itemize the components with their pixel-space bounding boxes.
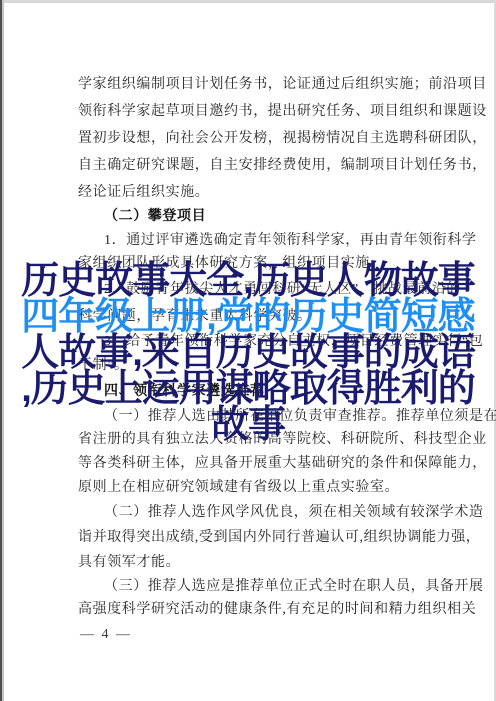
scanned-document-page: { "document": { "para_intro": [ "学家组织编制项… — [0, 0, 496, 701]
doc-line: 置初步设想，向社会公开发榜，视揭榜情况自主选聘科研团队， — [78, 130, 468, 148]
doc-heading-climbing-project: （二）攀登项目 — [78, 208, 494, 226]
doc-line: 1．通过评审遴选确定青年领衔科学家，再由青年领衔科学 — [78, 232, 494, 250]
doc-line: 经论证后组织实施。 — [78, 184, 468, 202]
overlay-title-line: 故事 — [0, 407, 496, 443]
doc-line: （二）推荐人选作风学风优良，须在相关领域有较深学术造 — [78, 504, 494, 522]
overlay-title-line: 四年级上册,党的历史简短感 — [0, 299, 496, 335]
doc-line: 诣并取得突出成绩,受到国内外同行普遍认可,组织协调能力强， — [78, 529, 468, 547]
page-top-edge — [0, 0, 496, 3]
doc-line: 学家组织编制项目计划任务书，论证通过后组织实施；前沿项目 — [78, 76, 468, 94]
doc-line: （三）推荐人选应是推荐单位正式全时在职人员，具备开展 — [78, 578, 494, 596]
page-number: — 4 — — [80, 627, 132, 643]
doc-line: 高强度科学研究活动的健康条件,有充足的时间和精力组织相关 — [78, 601, 468, 619]
doc-line: 原则上在相应研究领域建有省级以上重点实验室。 — [78, 479, 468, 497]
doc-line: 领衔科学家起草项目邀约书，提出研究任务、项目组织和课题设 — [78, 103, 468, 121]
overlay-title-line: 历史故事大全,历史人物故事 — [0, 263, 496, 299]
overlay-title: 历史故事大全,历史人物故事 四年级上册,党的历史简短感 人故事,来自历史故事的成… — [0, 263, 496, 443]
doc-line: 等各类科研主体，应具备开展重大基础研究的条件和保障能力， — [78, 455, 468, 473]
doc-line: 具有领军才能。 — [78, 554, 468, 572]
overlay-title-line: ,历史上运用谋略取得胜利的 — [0, 371, 496, 407]
doc-line: 自主确定研究课题，自主安排经费使用，编制项目计划任务书， — [78, 157, 468, 175]
overlay-title-line: 人故事,来自历史故事的成语 — [0, 335, 496, 371]
